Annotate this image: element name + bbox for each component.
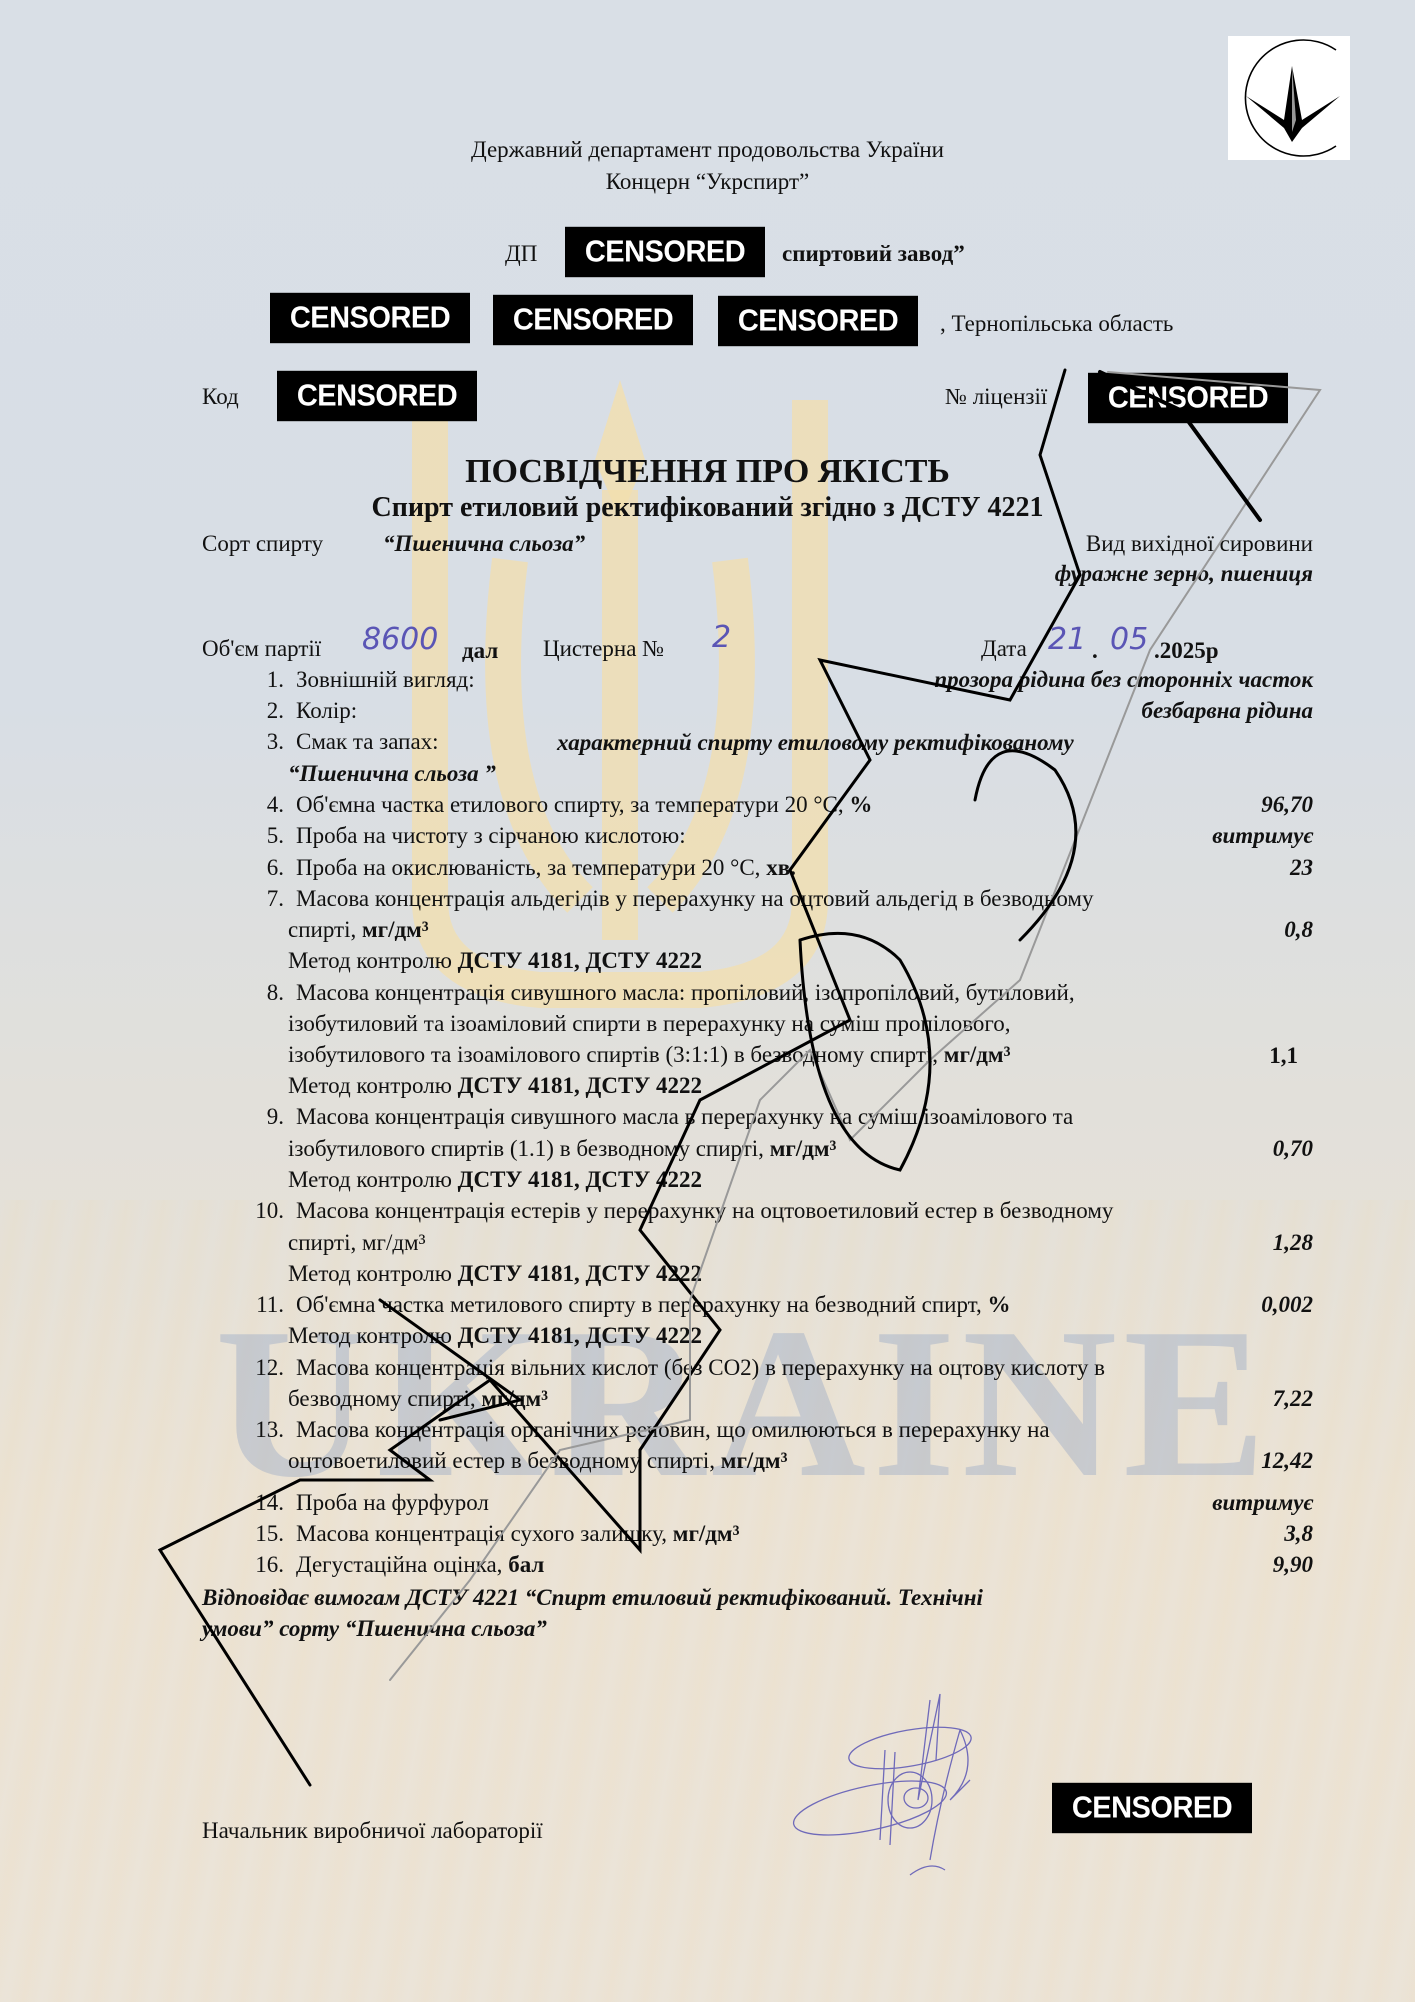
indicator-value: характерний спирту етиловому ректифікова… <box>557 729 1074 757</box>
censored-address-3: CENSORED <box>718 296 918 346</box>
tank-label: Цистерна № <box>543 635 664 663</box>
department-name: Державний департамент продовольства Укра… <box>0 136 1415 164</box>
indicator-value: 23 <box>1290 855 1313 881</box>
date-separator: . <box>1092 637 1098 665</box>
date-month-handwritten: 05 <box>1110 622 1148 657</box>
indicator-row-continued: спирті, мг/дм³ <box>288 1230 426 1256</box>
handwritten-signature <box>790 1680 1020 1880</box>
control-method: Метод контролю ДСТУ 4181, ДСТУ 4222 <box>288 1323 702 1349</box>
date-year: .2025р <box>1154 637 1219 665</box>
indicator-row: 8.Масова концентрація сивушного масла: п… <box>240 980 1075 1006</box>
lab-head-position: Начальник виробничої лабораторії <box>202 1817 543 1845</box>
censored-signatory-name: CENSORED <box>1052 1783 1252 1833</box>
indicator-value-continued: “Пшенична сльоза ” <box>288 760 496 788</box>
indicator-value: витримує <box>1212 1490 1313 1516</box>
indicator-value: 12,42 <box>1261 1448 1313 1474</box>
indicator-value: 7,22 <box>1273 1386 1313 1412</box>
control-method: Метод контролю ДСТУ 4181, ДСТУ 4222 <box>288 1261 702 1287</box>
censored-license: CENSORED <box>1088 373 1288 423</box>
censored-plant-name: CENSORED <box>565 227 765 277</box>
date-label: Дата <box>981 635 1027 663</box>
indicator-value: прозора рідина без сторонніх часток <box>934 667 1313 693</box>
indicator-row: 10.Масова концентрація естерів у перерах… <box>240 1198 1113 1224</box>
code-label: Код <box>202 383 239 411</box>
indicator-row-continued: безводному спирті, мг/дм³ <box>288 1386 548 1412</box>
indicator-value: 9,90 <box>1273 1552 1313 1578</box>
censored-address-1: CENSORED <box>270 293 470 343</box>
indicator-row: 5.Проба на чистоту з сірчаною кислотою: <box>240 823 686 849</box>
plant-prefix: ДП <box>505 240 537 268</box>
indicator-row: 6.Проба на окислюваність, за температури… <box>240 855 796 881</box>
indicator-value: 0,002 <box>1261 1292 1313 1318</box>
indicator-value: витримує <box>1212 823 1313 849</box>
indicator-value: безбарвна рідина <box>1142 698 1314 724</box>
indicator-row-continued: ізобутиловий та ізоаміловий спирти в пер… <box>288 1011 1011 1037</box>
control-method: Метод контролю ДСТУ 4181, ДСТУ 4222 <box>288 1167 702 1193</box>
indicator-row: 12.Масова концентрація вільних кислот (б… <box>240 1355 1105 1381</box>
indicator-row-continued: ізобутилового та ізоамілового спиртів (3… <box>288 1042 1010 1068</box>
indicator-row: 11.Об'ємна частка метилового спирту в пе… <box>240 1292 1010 1318</box>
region-text: , Тернопільська область <box>940 310 1173 338</box>
indicator-row: 14.Проба на фурфурол <box>240 1490 489 1516</box>
indicator-row-continued: спирті, мг/дм³ <box>288 917 429 943</box>
control-method: Метод контролю ДСТУ 4181, ДСТУ 4222 <box>288 1073 702 1099</box>
censored-code: CENSORED <box>277 371 477 421</box>
indicator-row: 13.Масова концентрація органічних речови… <box>240 1417 1050 1443</box>
indicator-row: 3.Смак та запах: <box>240 729 439 755</box>
indicator-row: 2.Колір: <box>240 698 357 724</box>
indicator-row: 16.Дегустаційна оцінка, бал <box>240 1552 544 1578</box>
license-label: № ліцензії <box>945 383 1047 411</box>
tank-value-handwritten: 2 <box>712 620 731 655</box>
volume-value-handwritten: 8600 <box>362 622 438 657</box>
control-method: Метод контролю ДСТУ 4181, ДСТУ 4222 <box>288 948 702 974</box>
indicator-value: 1,28 <box>1273 1230 1313 1256</box>
grade-value: “Пшенична сльоза” <box>383 530 585 558</box>
raw-material-label: Вид вихідної сировини <box>1086 530 1313 558</box>
indicator-value: 0,70 <box>1273 1136 1313 1162</box>
document-subtitle: Спирт етиловий ректифікований згідно з Д… <box>0 492 1415 524</box>
volume-unit: дал <box>462 637 498 665</box>
grade-label: Сорт спирту <box>202 530 323 558</box>
concern-name: Концерн “Укрспирт” <box>0 168 1415 196</box>
indicator-row: 1.Зовнішній вигляд: <box>240 667 475 693</box>
indicator-value: 0,8 <box>1284 917 1313 943</box>
date-day-handwritten: 21 <box>1048 622 1086 657</box>
indicator-value: 3,8 <box>1284 1521 1313 1547</box>
indicator-row-continued: ізобутилового спиртів (1.1) в безводному… <box>288 1136 836 1162</box>
conclusion-line-1: Відповідає вимогам ДСТУ 4221 “Спирт етил… <box>202 1584 983 1612</box>
indicator-value: 1,1 <box>1269 1042 1298 1070</box>
raw-material-value: фуражне зерно, пшениця <box>1055 560 1313 588</box>
indicator-row: 15.Масова концентрація сухого залишку, м… <box>240 1521 739 1547</box>
censored-address-2: CENSORED <box>493 295 693 345</box>
document-title: ПОСВІДЧЕННЯ ПРО ЯКІСТЬ <box>0 452 1415 492</box>
conclusion-line-2: умови” сорту “Пшенична сльоза” <box>202 1615 547 1643</box>
indicator-value: 96,70 <box>1261 792 1313 818</box>
indicator-row: 4.Об'ємна частка етилового спирту, за те… <box>240 792 872 818</box>
indicator-row-continued: оцтовоетиловий естер в безводному спирті… <box>288 1448 787 1474</box>
volume-label: Об'єм партії <box>202 635 321 663</box>
indicator-row: 9.Масова концентрація сивушного масла в … <box>240 1104 1073 1130</box>
indicator-row: 7.Масова концентрація альдегідів у перер… <box>240 886 1094 912</box>
plant-suffix: спиртовий завод” <box>782 240 965 268</box>
